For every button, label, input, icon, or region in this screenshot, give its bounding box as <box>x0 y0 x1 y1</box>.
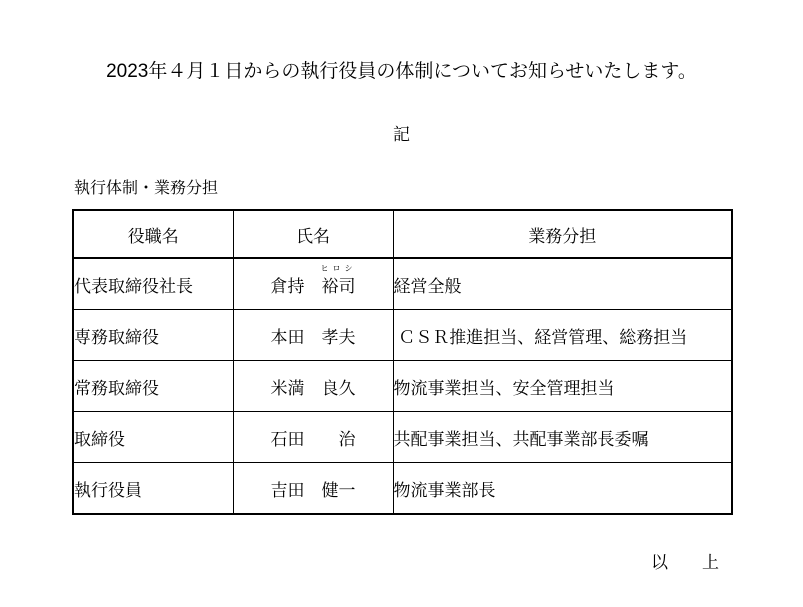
table-row: 取締役 石田 治 共配事業担当、共配事業部長委嘱 <box>73 412 732 463</box>
table-row: 専務取締役 本田 孝夫 ＣＳＲ推進担当、経営管理、総務担当 <box>73 310 732 361</box>
given-name: 良久 <box>322 379 356 398</box>
given-name: 孝夫 <box>322 328 356 347</box>
position-cell: 常務取締役 <box>73 361 233 412</box>
table-row: 執行役員 吉田 健一 物流事業部長 <box>73 463 732 515</box>
position-cell: 代表取締役社長 <box>73 258 233 310</box>
column-header-name: 氏名 <box>233 210 393 258</box>
person-name: 吉田 健一 <box>271 476 356 501</box>
family-name: 吉田 <box>271 481 305 500</box>
name-gap <box>305 481 322 500</box>
document-page: 2023年４月１日からの執行役員の体制についてお知らせいたします。 記 執行体制… <box>0 0 803 607</box>
duty-cell: 経営全般 <box>393 258 732 310</box>
table-row: 常務取締役 米満 良久 物流事業担当、安全管理担当 <box>73 361 732 412</box>
name-gap <box>305 379 322 398</box>
section-heading: 執行体制・業務分担 <box>74 179 218 199</box>
name-gap <box>305 328 322 347</box>
duty-cell: 物流事業部長 <box>393 463 732 515</box>
column-header-position: 役職名 <box>73 210 233 258</box>
person-name: 石田 治 <box>271 425 356 450</box>
given-name: 健一 <box>322 481 356 500</box>
person-name: 倉持 ヒロシ裕司 <box>271 272 356 297</box>
name-cell: 吉田 健一 <box>233 463 393 515</box>
position-cell: 専務取締役 <box>73 310 233 361</box>
position-cell: 執行役員 <box>73 463 233 515</box>
family-name: 米満 <box>271 379 305 398</box>
given-name: 治 <box>339 430 356 449</box>
family-name: 倉持 <box>271 277 305 296</box>
person-name: 本田 孝夫 <box>271 323 356 348</box>
family-name: 本田 <box>271 328 305 347</box>
given-name-wrap: 治 <box>339 425 356 450</box>
table-row: 代表取締役社長 倉持 ヒロシ裕司 経営全般 <box>73 258 732 310</box>
family-name: 石田 <box>271 430 305 449</box>
furigana-label: ヒロシ <box>321 264 357 273</box>
record-marker: 記 <box>0 125 803 145</box>
given-name-wrap: 孝夫 <box>322 323 356 348</box>
given-name: 裕司 <box>322 277 356 296</box>
given-name-wrap: 健一 <box>322 476 356 501</box>
name-cell: 米満 良久 <box>233 361 393 412</box>
given-name-wrap: 良久 <box>322 374 356 399</box>
name-cell: 倉持 ヒロシ裕司 <box>233 258 393 310</box>
name-gap <box>305 277 322 296</box>
name-gap <box>305 430 339 449</box>
duty-cell: 物流事業担当、安全管理担当 <box>393 361 732 412</box>
duty-cell: 共配事業担当、共配事業部長委嘱 <box>393 412 732 463</box>
position-cell: 取締役 <box>73 412 233 463</box>
person-name: 米満 良久 <box>271 374 356 399</box>
given-name-wrap: ヒロシ裕司 <box>322 272 356 297</box>
name-cell: 本田 孝夫 <box>233 310 393 361</box>
name-cell: 石田 治 <box>233 412 393 463</box>
column-header-duty: 業務分担 <box>393 210 732 258</box>
announcement-title: 2023年４月１日からの執行役員の体制についてお知らせいたします。 <box>0 60 803 84</box>
duty-cell: ＣＳＲ推進担当、経営管理、総務担当 <box>393 310 732 361</box>
header-row: 役職名 氏名 業務分担 <box>73 210 732 258</box>
closing-phrase: 以 上 <box>72 548 719 573</box>
executive-table: 役職名 氏名 業務分担 代表取締役社長 倉持 ヒロシ裕司 経営全般 専務取締役 … <box>72 209 733 515</box>
